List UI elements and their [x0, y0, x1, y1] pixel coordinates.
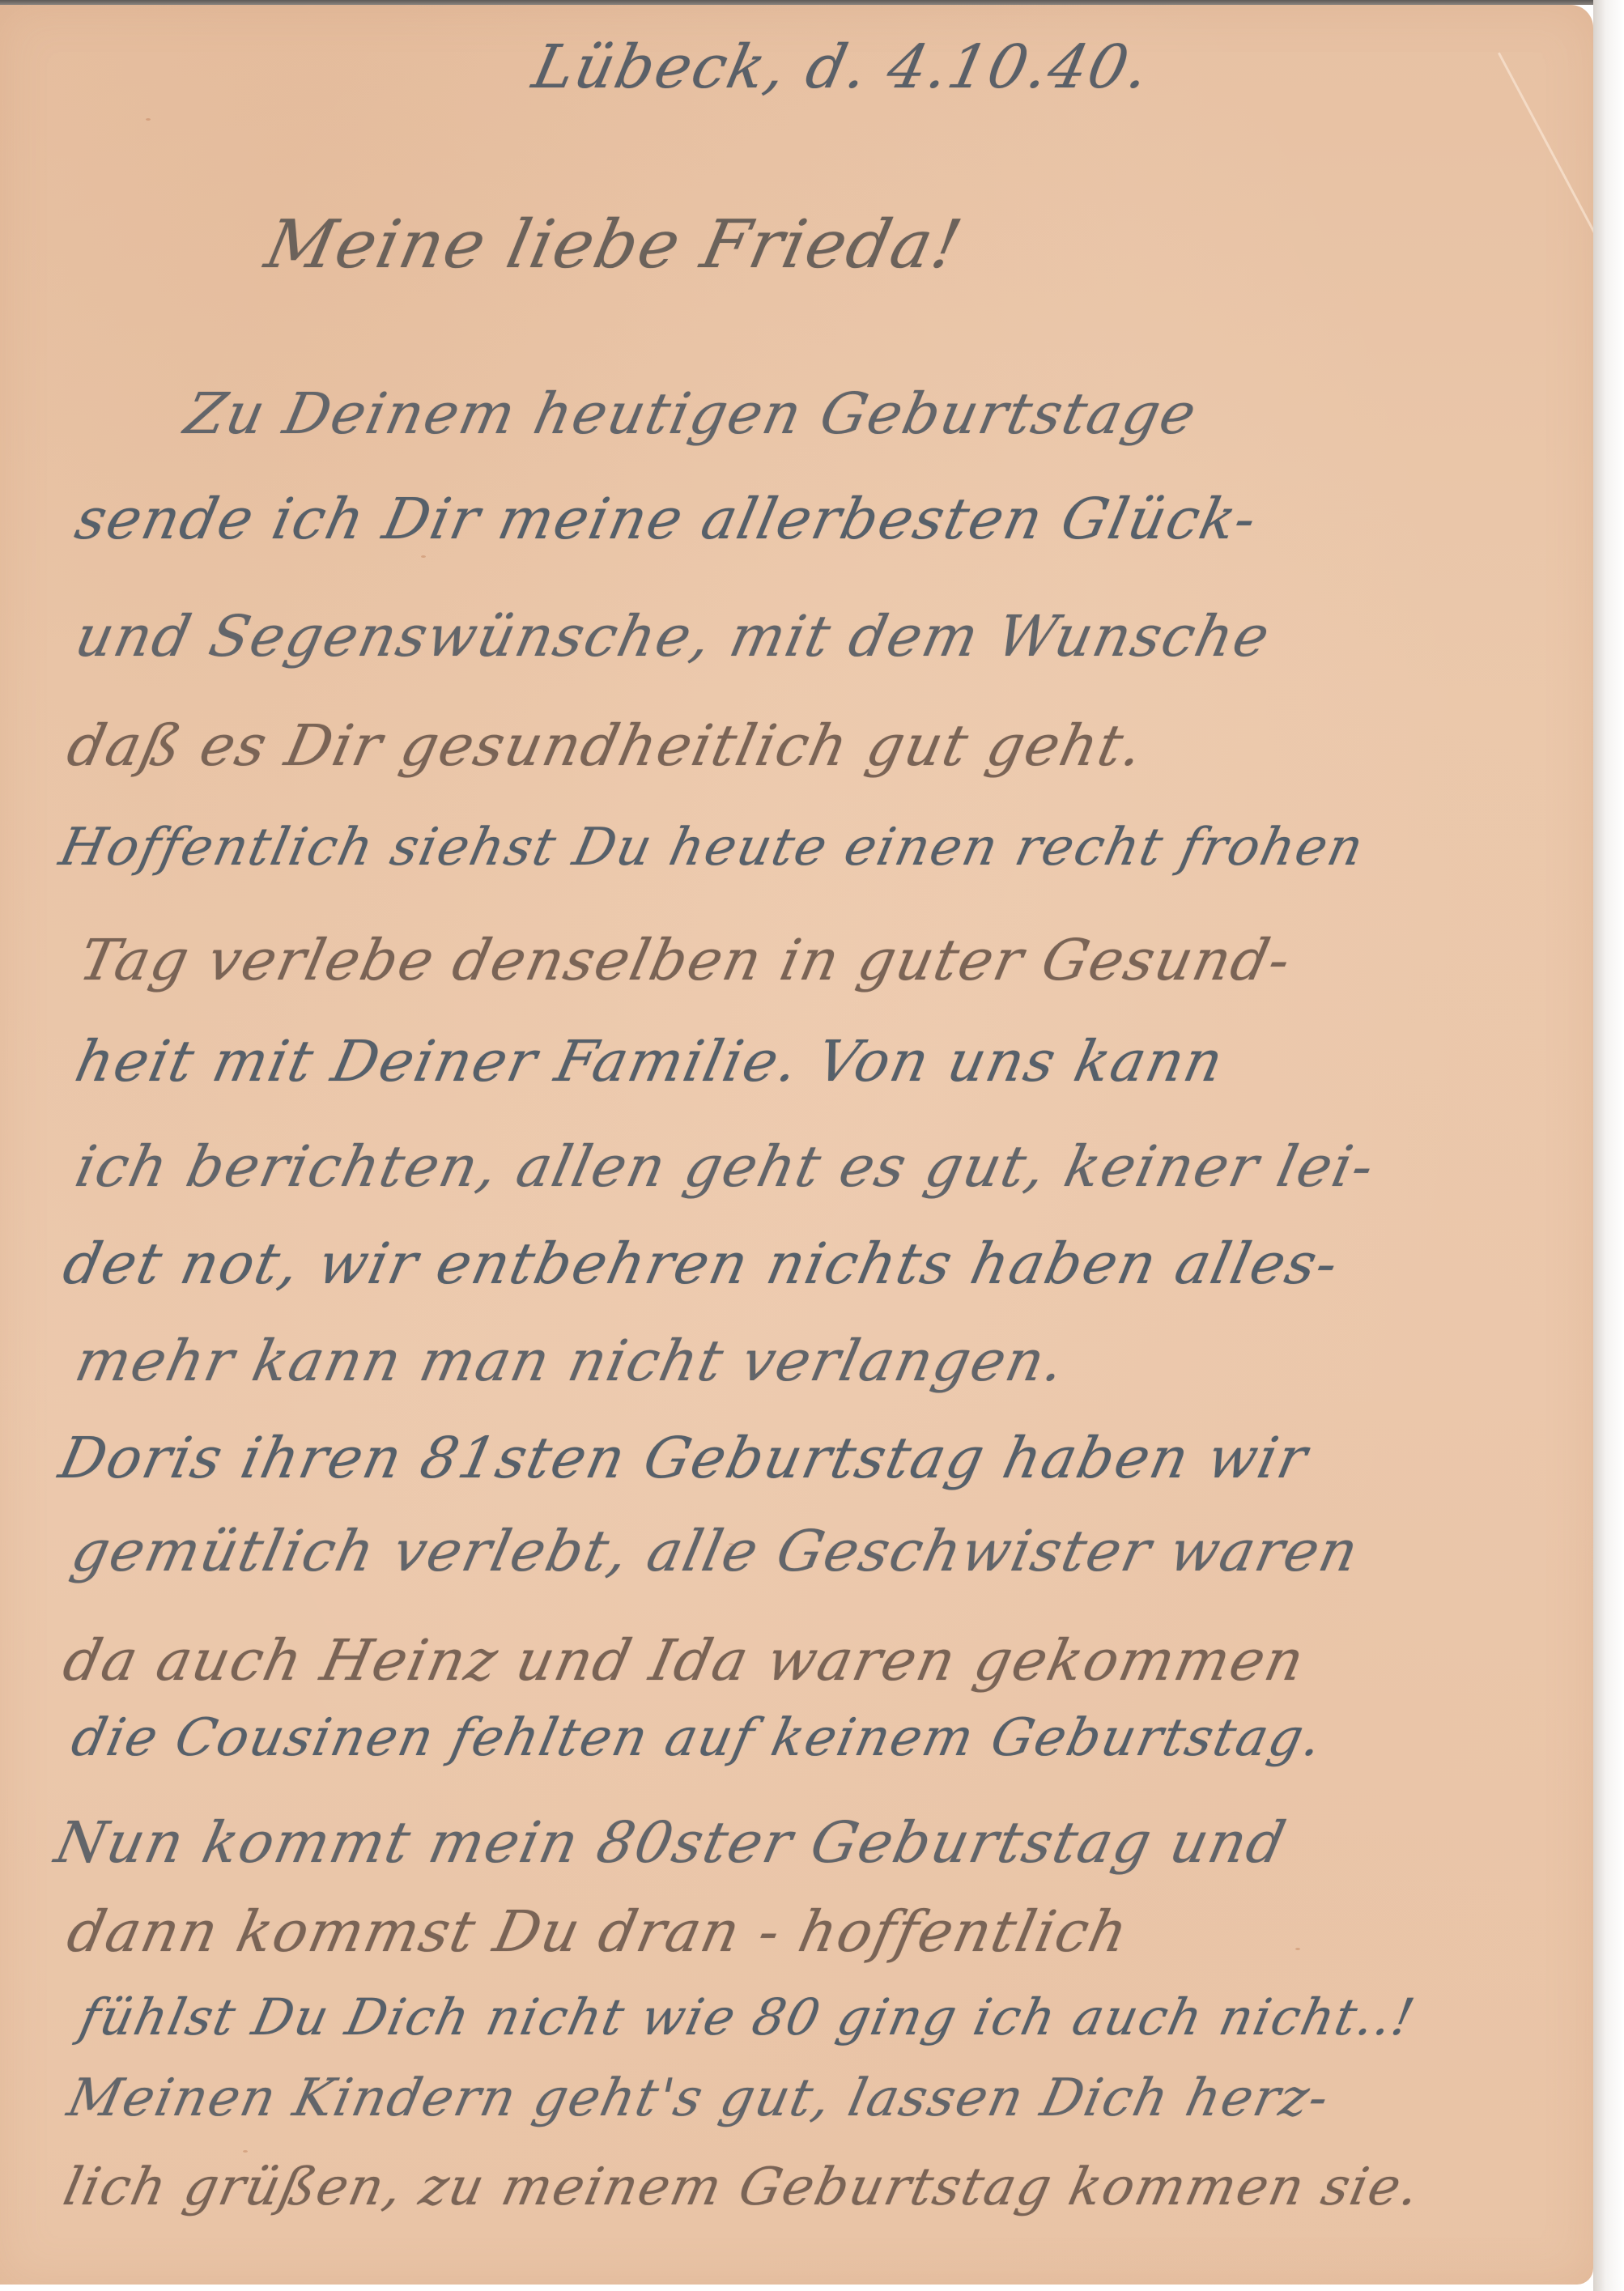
body-line: da auch Heinz und Ida waren gekommen — [57, 1627, 1311, 1694]
letter-text: Lübeck, d. 4.10.40. Meine liebe Frieda! … — [0, 0, 1593, 2291]
body-line: Hoffentlich siehst Du heute einen recht … — [54, 818, 1370, 878]
body-line: sende ich Dir meine allerbesten Glück- — [70, 486, 1263, 552]
body-line: ich berichten, allen geht es gut, keiner… — [70, 1133, 1380, 1200]
date-line: Lübeck, d. 4.10.40. — [527, 32, 1157, 102]
scan-right-margin — [1593, 0, 1624, 2291]
body-line: heit mit Deiner Familie. Von uns kann — [70, 1028, 1230, 1094]
body-line: Doris ihren 81sten Geburtstag haben wir — [53, 1425, 1314, 1491]
body-line: Meinen Kindern geht's gut, lassen Dich h… — [62, 2068, 1335, 2128]
body-line: Nun kommt mein 80ster Geburtstag und — [49, 1809, 1292, 1876]
body-line: Zu Deinem heutigen Geburtstage — [179, 380, 1203, 447]
body-line: mehr kann man nicht verlangen. — [70, 1328, 1071, 1394]
body-line: daß es Dir gesundheitlich gut geht. — [62, 712, 1150, 779]
body-line: det not, wir entbehren nichts haben alle… — [57, 1231, 1345, 1297]
body-line: gemütlich verlebt, alle Geschwister ware… — [66, 1518, 1365, 1584]
body-line: dann kommst Du dran - hoffentlich — [62, 1898, 1134, 1965]
body-line: und Segenswünsche, mit dem Wunsche — [70, 603, 1276, 669]
body-line: Tag verlebe denselben in guter Gesund- — [74, 927, 1298, 993]
greeting: Meine liebe Frieda! — [259, 206, 970, 283]
body-line: die Cousinen fehlten auf keinem Geburtst… — [66, 1708, 1329, 1768]
body-line: fühlst Du Dich nicht wie 80 ging ich auc… — [74, 1987, 1421, 2047]
body-line: lich grüßen, zu meinem Geburtstag kommen… — [58, 2157, 1426, 2217]
